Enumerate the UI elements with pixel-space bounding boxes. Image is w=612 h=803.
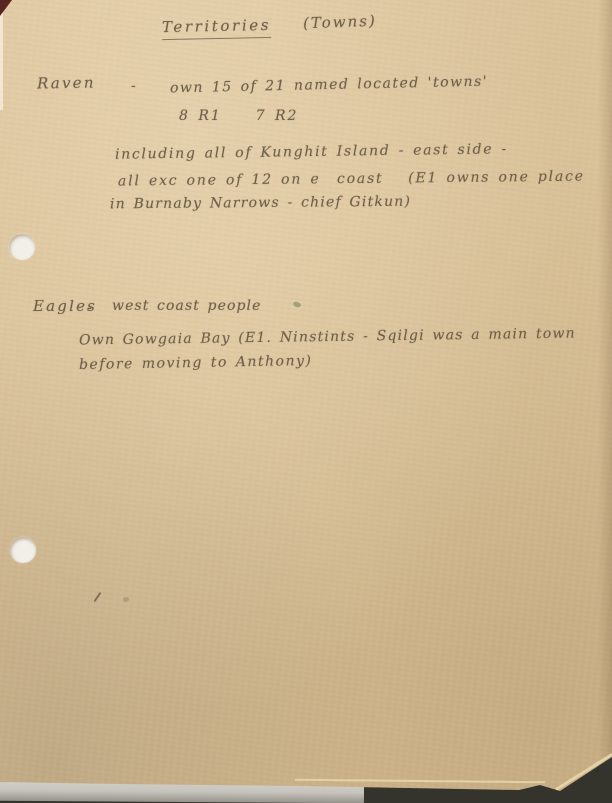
dark-corner-fragment [0, 0, 12, 16]
paper-left-edge [0, 0, 3, 110]
page-title-parenthetical: (Towns) [303, 11, 377, 34]
raven-line-narrows: in Burnaby Narrows - chief Gitkun) [110, 192, 411, 215]
eagles-line-anthony: before moving to Anthony) [79, 351, 313, 375]
eagles-line-people: west coast people [112, 296, 262, 316]
raven-section-label: Raven [37, 72, 96, 93]
eagles-section-dash: - [87, 298, 93, 318]
raven-section-dash: - [131, 76, 137, 96]
hole-punch-bottom [10, 537, 36, 563]
paper-page: Territories (Towns) Raven - own 15 of 21… [0, 0, 612, 803]
page-title-underlined: Territories [162, 15, 272, 40]
paper-texture [0, 0, 612, 803]
hole-punch-top [9, 234, 35, 260]
raven-line-counts: 8 R1 7 R2 [179, 106, 298, 126]
scanned-document: Territories (Towns) Raven - own 15 of 21… [0, 0, 612, 803]
paper-right-shadow [598, 0, 612, 770]
pencil-smudge [123, 597, 129, 602]
